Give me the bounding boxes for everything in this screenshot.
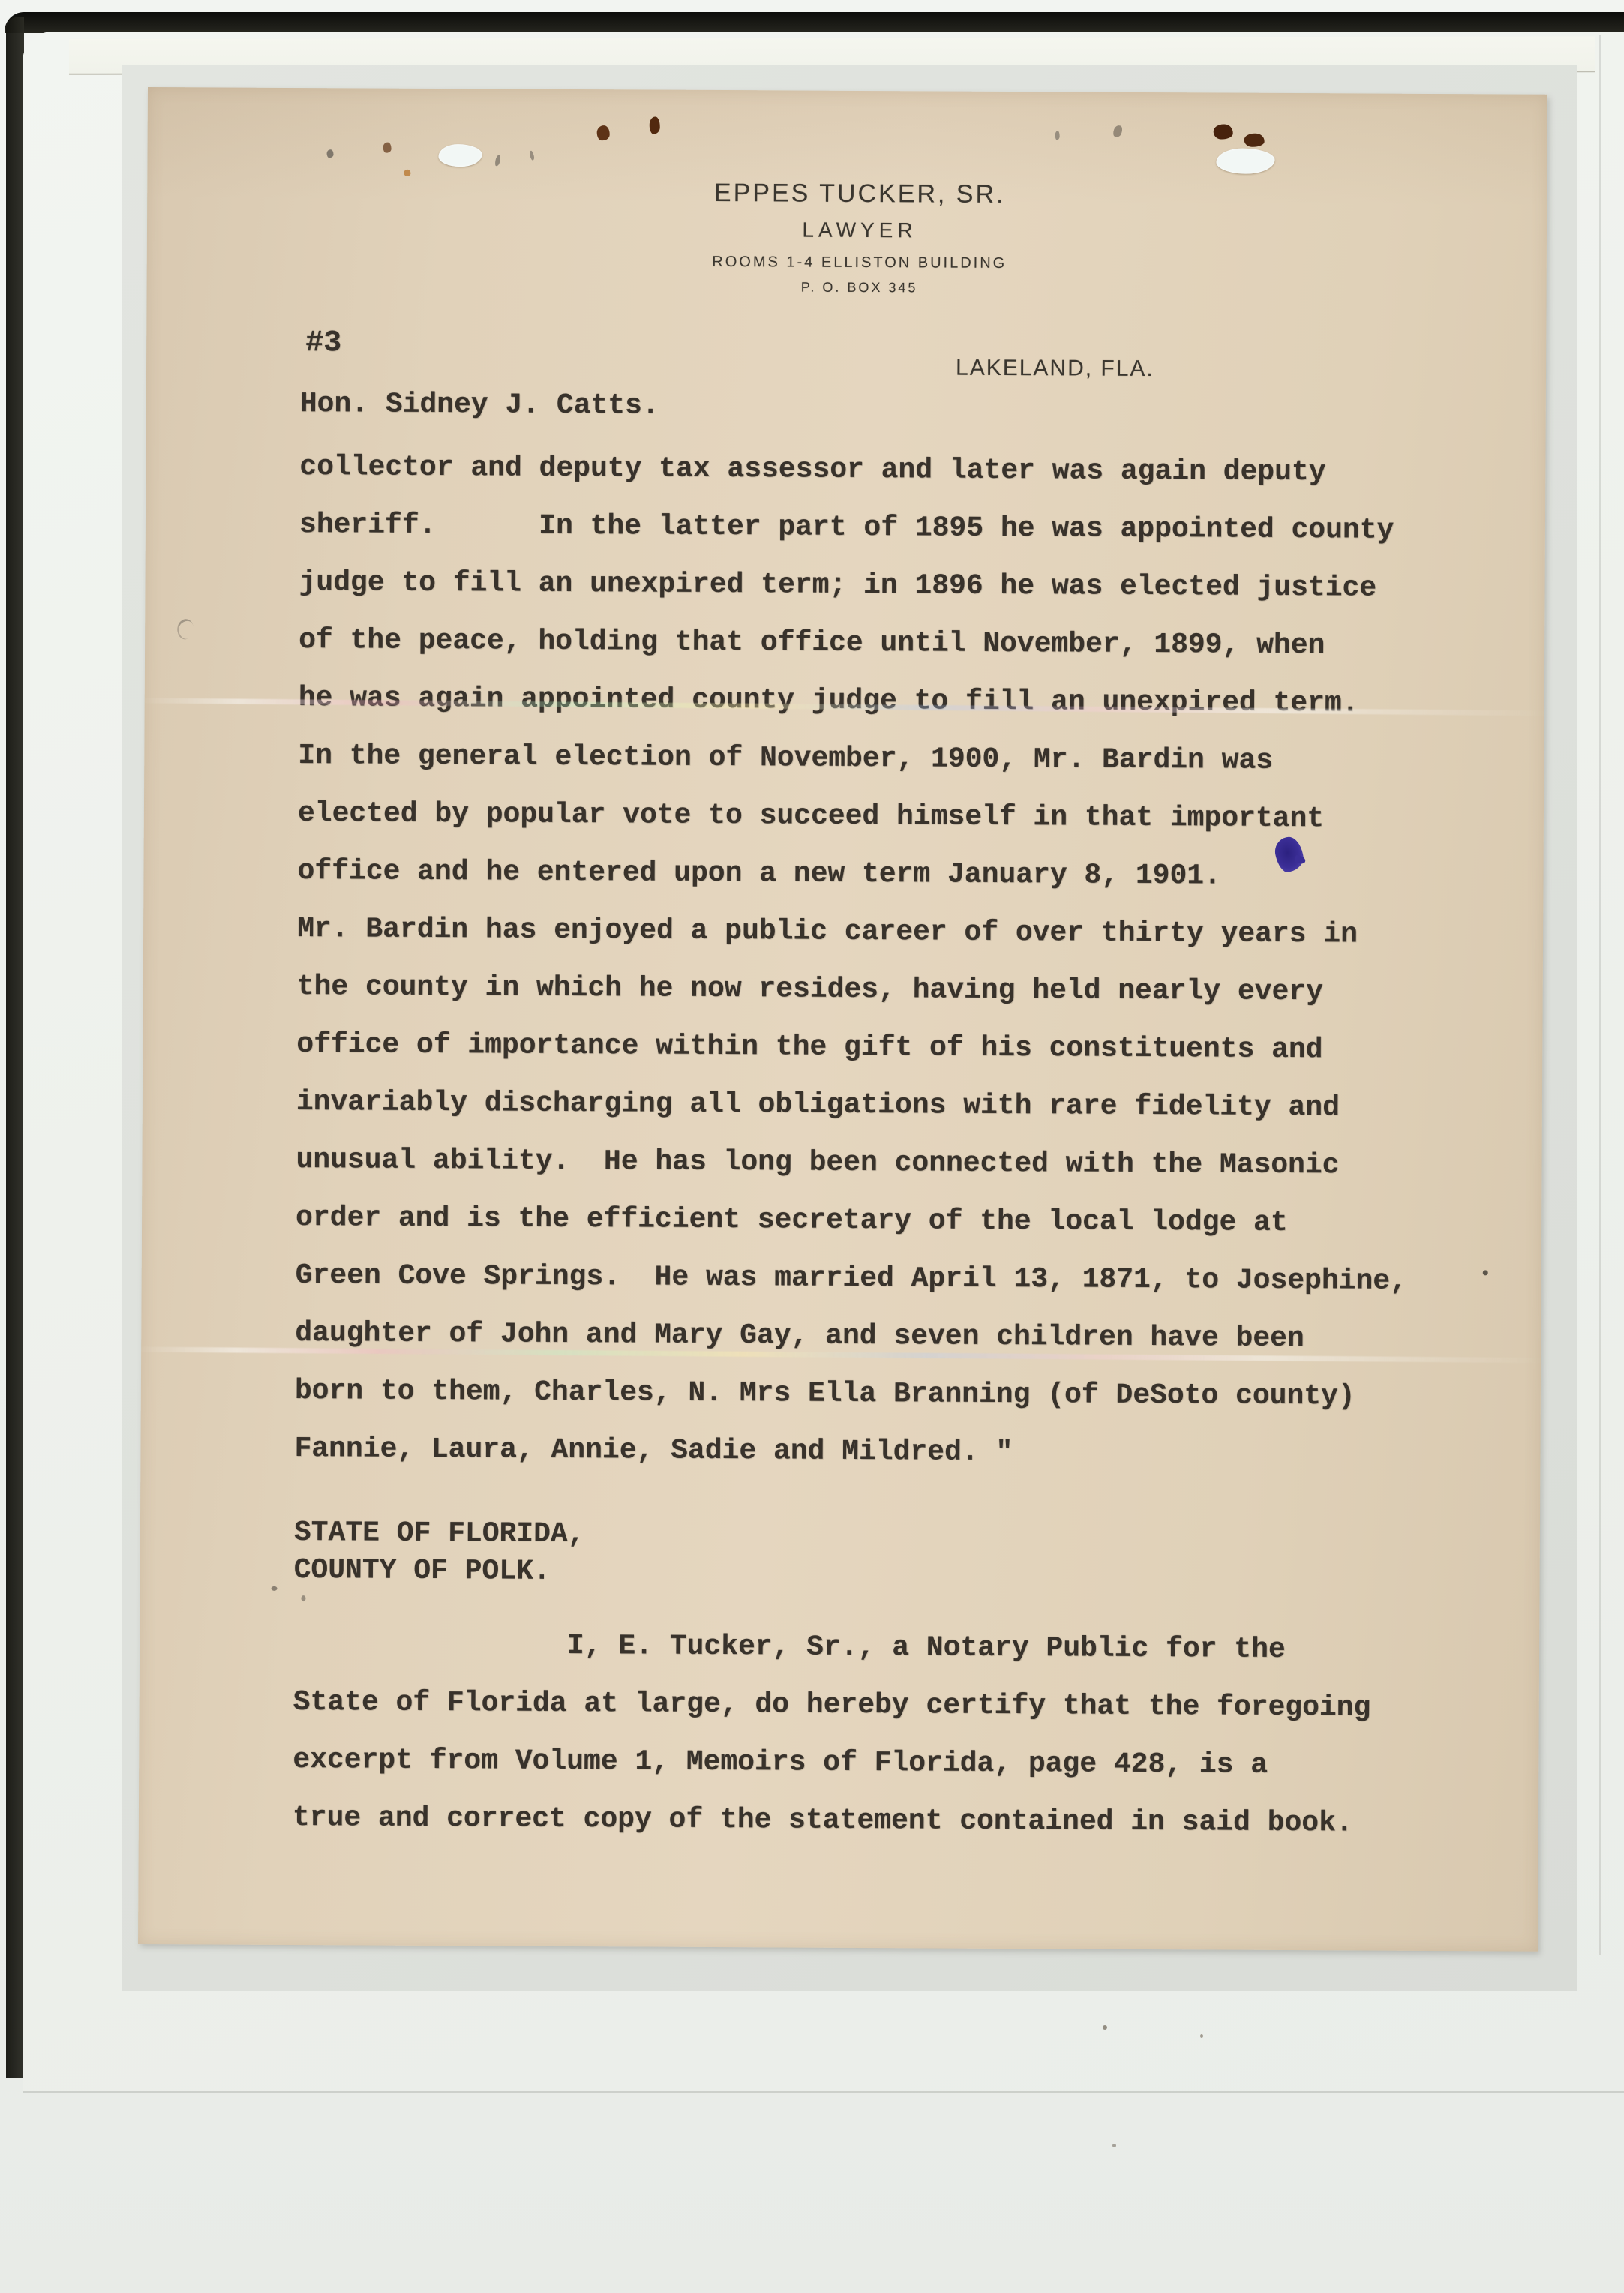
typewritten-line: State of Florida at large, do hereby cer… <box>293 1673 1371 1737</box>
letterhead-city: LAKELAND, FLA. <box>956 356 1154 382</box>
stain <box>1214 124 1233 139</box>
stain <box>404 170 410 176</box>
letterhead-name: EPPES TUCKER, SR. <box>470 177 1250 210</box>
stain <box>529 150 535 161</box>
stain <box>383 143 392 153</box>
typewritten-line: Green Cove Springs. He was married April… <box>296 1247 1408 1310</box>
typewritten-line: invariably discharging all obligations w… <box>296 1073 1409 1137</box>
stain <box>327 149 334 158</box>
typewritten-line: excerpt from Volume 1, Memoirs of Florid… <box>293 1731 1370 1795</box>
letterhead-address: ROOMS 1-4 ELLISTON BUILDING <box>470 252 1250 273</box>
document-page: EPPES TUCKER, SR. LAWYER ROOMS 1-4 ELLIS… <box>138 87 1547 1952</box>
scanner-edge-left <box>6 17 24 2078</box>
speck <box>1200 2034 1203 2038</box>
typewritten-line: Mr. Bardin has enjoyed a public career o… <box>297 900 1409 964</box>
typewritten-line: unusual ability. He has long been connec… <box>296 1131 1408 1195</box>
letterhead-pobox: P. O. BOX 345 <box>470 278 1250 297</box>
scanned-document: EPPES TUCKER, SR. LAWYER ROOMS 1-4 ELLIS… <box>0 0 1624 2293</box>
speck <box>272 1586 278 1591</box>
stain <box>597 125 610 140</box>
typewritten-line: STATE OF FLORIDA, <box>294 1514 585 1553</box>
typewritten-line: elected by popular vote to succeed himse… <box>298 785 1410 848</box>
typewritten-line: born to them, Charles, N. Mrs Ella Brann… <box>295 1362 1407 1426</box>
salutation: Hon. Sidney J. Catts. <box>300 388 659 422</box>
letterhead-profession: LAWYER <box>470 216 1250 244</box>
speck <box>1103 2025 1107 2030</box>
paper-hole <box>1216 148 1274 173</box>
typewritten-line: office and he entered upon a new term Ja… <box>297 842 1409 906</box>
stain <box>1055 131 1060 140</box>
page-number: #3 <box>305 326 341 360</box>
speck <box>301 1595 305 1601</box>
stain <box>650 117 660 134</box>
typewritten-line: true and correct copy of the statement c… <box>293 1789 1370 1853</box>
stain <box>1112 124 1124 138</box>
typewritten-line: office of importance within the gift of … <box>296 1016 1409 1079</box>
typewritten-line: COUNTY OF POLK. <box>294 1552 585 1591</box>
typewritten-line: In the general election of November, 190… <box>298 727 1410 791</box>
stain <box>1244 134 1265 147</box>
sleeve-bottom-edge <box>23 2091 1624 2093</box>
typewritten-line: Fannie, Laura, Annie, Sadie and Mildred.… <box>294 1420 1406 1484</box>
speck <box>1112 2144 1116 2147</box>
typewritten-line: order and is the efficient secretary of … <box>296 1189 1408 1253</box>
letter-body: collector and deputy tax assessor and la… <box>294 438 1411 1484</box>
notary-paragraph: I, E. Tucker, Sr., a Notary Public for t… <box>293 1616 1371 1853</box>
stain <box>494 155 501 167</box>
typewritten-line: collector and deputy tax assessor and la… <box>299 438 1412 502</box>
scanner-edge-top <box>5 12 1624 33</box>
typewritten-line: the county in which he now resides, havi… <box>297 958 1409 1022</box>
speck <box>1483 1270 1488 1275</box>
pencil-mark <box>176 614 195 644</box>
typewritten-line: I, E. Tucker, Sr., a Notary Public for t… <box>293 1616 1371 1679</box>
sleeve-right-crease <box>1599 35 1601 1955</box>
typewritten-line: sheriff. In the latter part of 1895 he w… <box>299 496 1412 560</box>
typewritten-line: judge to fill an unexpired term; in 1896… <box>299 554 1411 617</box>
typewritten-line: of the peace, holding that office until … <box>299 611 1411 675</box>
paper-hole <box>438 144 482 167</box>
notary-heading: STATE OF FLORIDA,COUNTY OF POLK. <box>294 1514 585 1591</box>
